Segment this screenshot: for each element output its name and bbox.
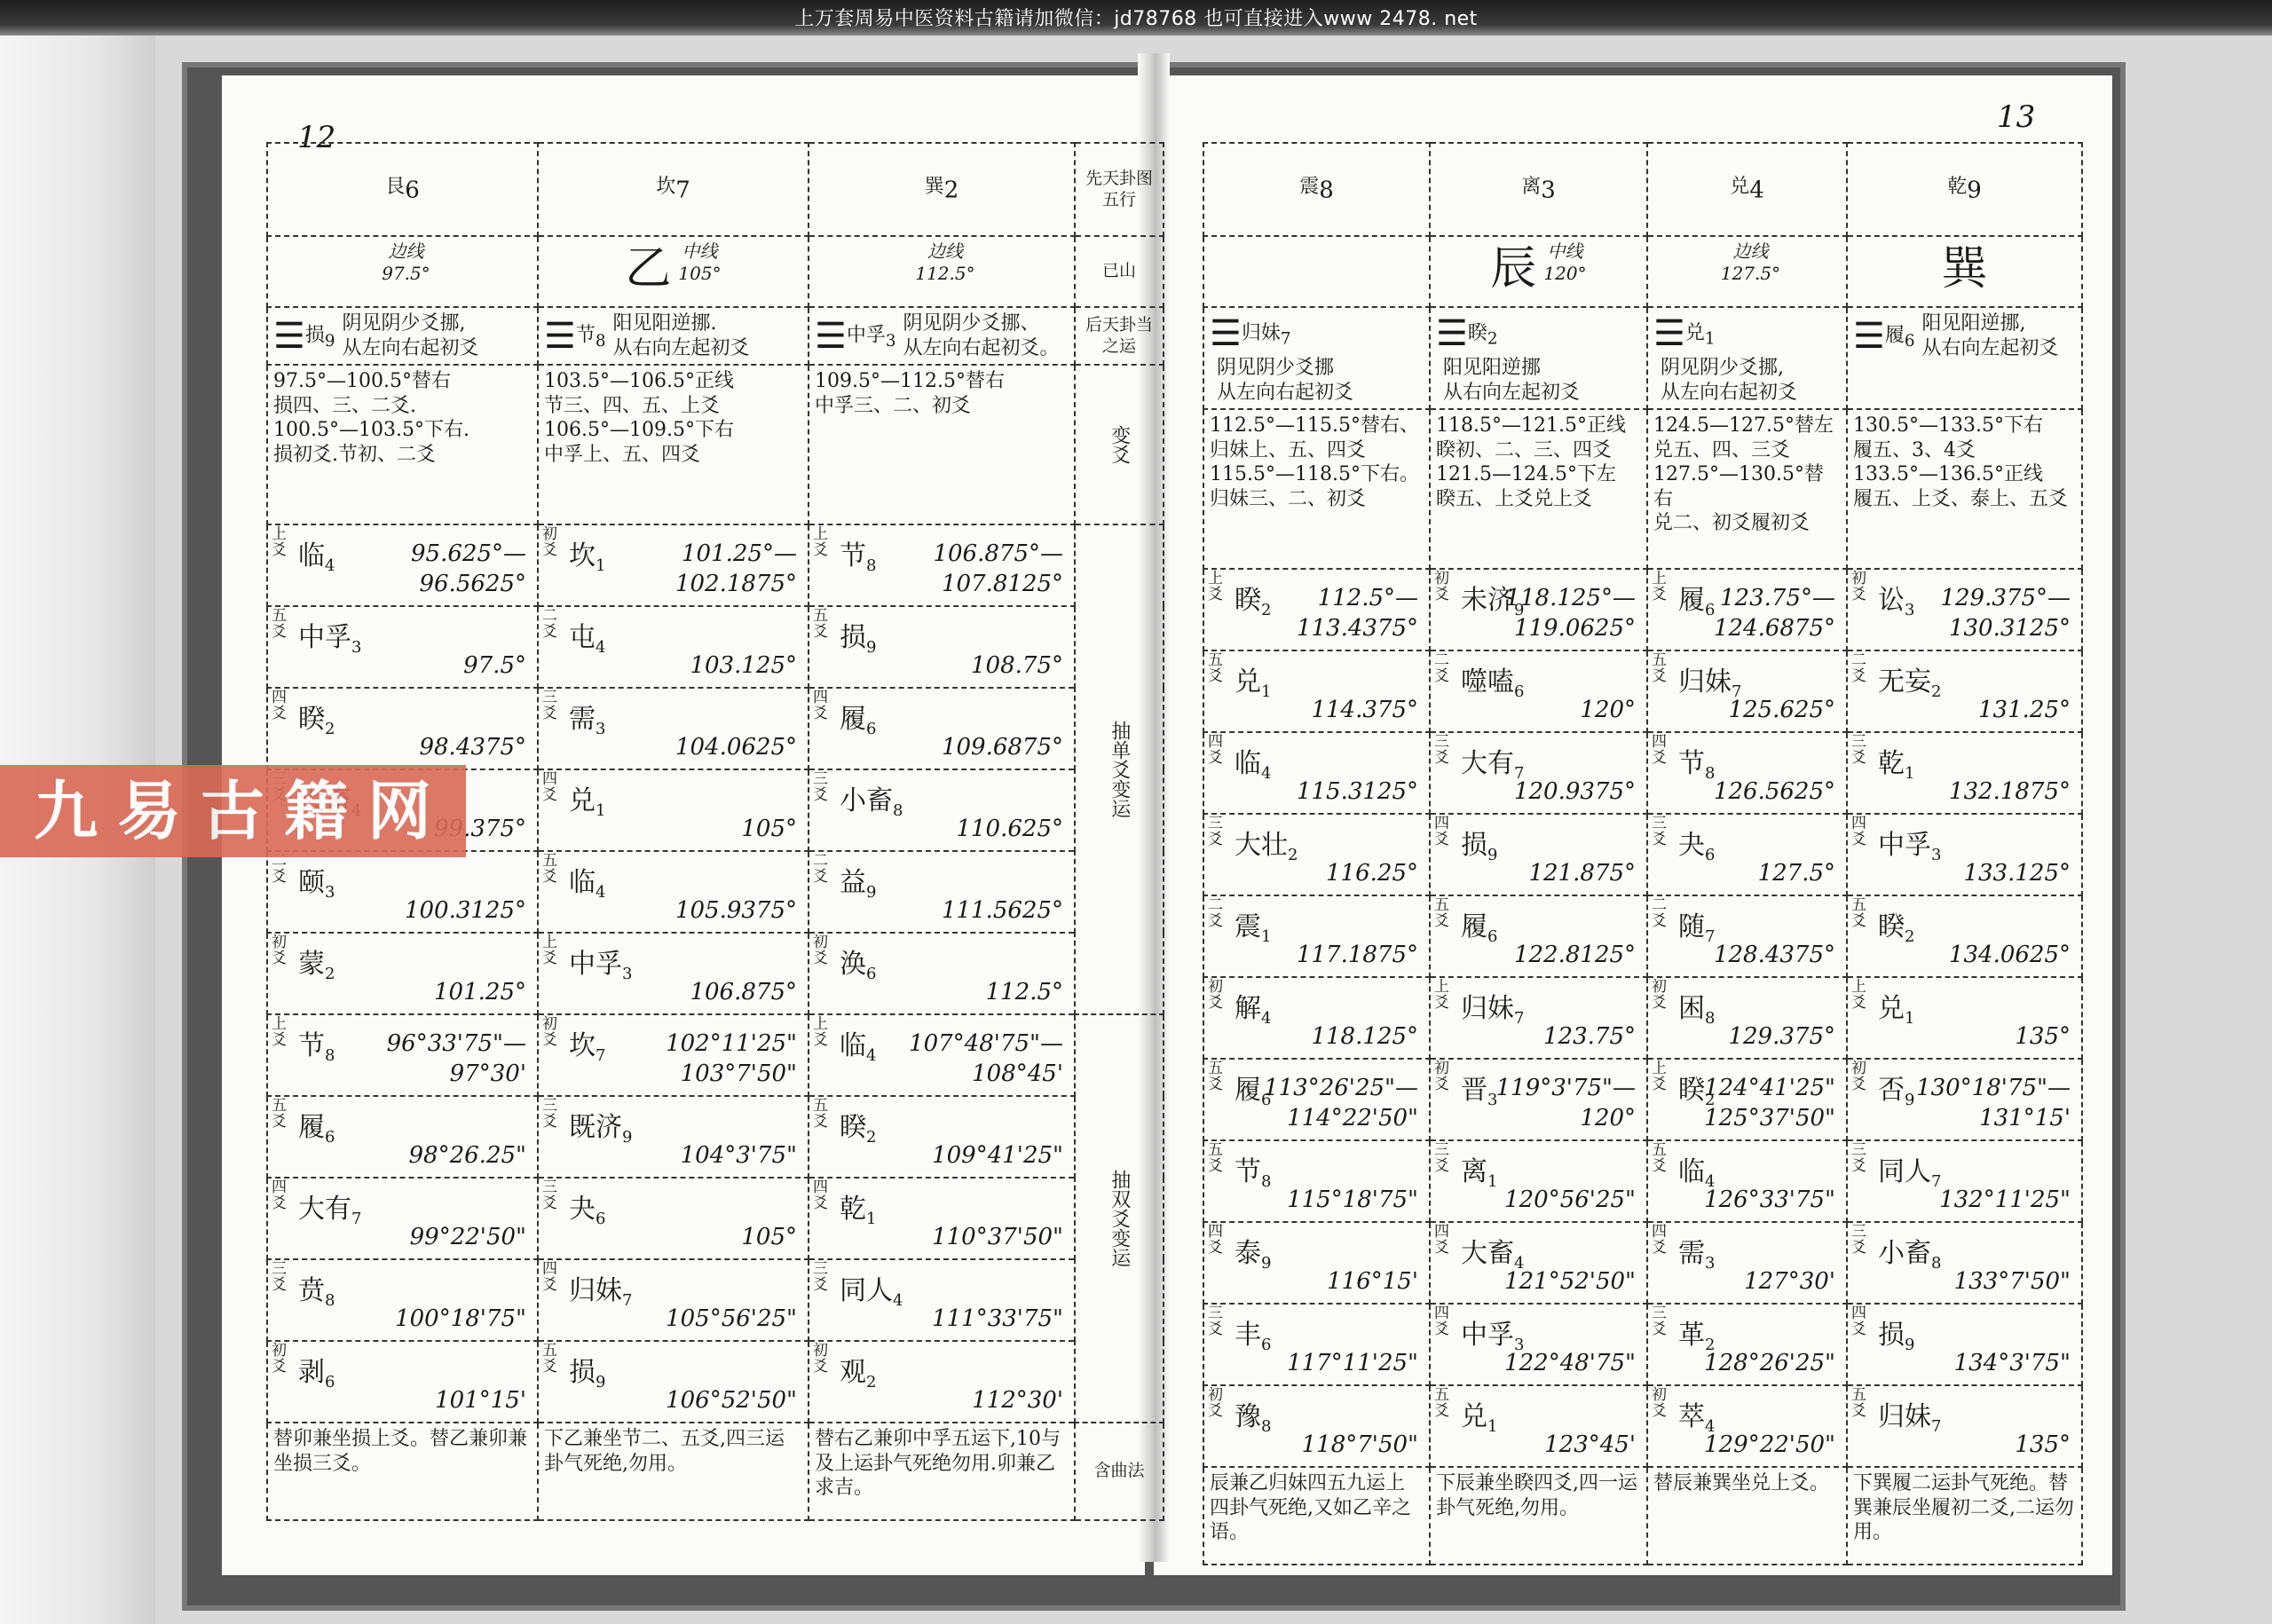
- hexagram-number: 2: [1261, 601, 1271, 619]
- hexagram-entry: 五爻兑1123°45': [1430, 1385, 1647, 1467]
- yao-position: 五爻: [1434, 898, 1459, 930]
- degree-value: 129.375°: [1728, 1022, 1835, 1052]
- hexagram-entry: 四爻损9121.875°: [1430, 814, 1647, 895]
- yao-position: 初爻: [1434, 572, 1459, 603]
- rule-line-2: 从左向右起初爻: [1661, 381, 1797, 406]
- degree-range-cell: 112.5°—115.5°替右、归妹上、五、四爻115.5°—118.5°下右。…: [1203, 409, 1430, 569]
- hexagram-number: 9: [1905, 1336, 1914, 1354]
- hexagram-name: 损: [1878, 1320, 1905, 1351]
- yao-position: 上爻: [542, 935, 567, 967]
- hexagram-name: 大有: [298, 1194, 351, 1225]
- yao-position: 初爻: [1652, 1388, 1676, 1420]
- line-type: 边线: [382, 240, 430, 263]
- hexagram-number: 4: [596, 638, 605, 657]
- range-line: 兑二、初爻履初爻: [1653, 511, 1841, 536]
- hexagram-label: 大有7: [298, 1193, 361, 1230]
- degree-line: 105°: [741, 1223, 797, 1252]
- degree-line: 106.875°: [690, 978, 797, 1007]
- degree-line: 123.75°—: [1714, 584, 1835, 614]
- usage-note: 下乙兼坐节二、五爻,四三运卦气死绝,勿用。: [538, 1423, 809, 1520]
- degree-range-cell: 103.5°—106.5°正线节三、四、五、上爻106.5°—109.5°下右中…: [538, 365, 809, 524]
- degree-value: 117°11'25": [1287, 1349, 1418, 1378]
- hexagram-entry: 上爻履6123.75°—124.6875°: [1647, 569, 1847, 650]
- yao-position: 四爻: [542, 1262, 567, 1294]
- yao-position: 五爻: [813, 1099, 838, 1131]
- hexagram-label: 夬6: [569, 1193, 605, 1230]
- watermark-logo: 九易古籍网: [0, 765, 466, 857]
- yao-position: 三爻: [542, 690, 567, 722]
- hexagram-name: 豫: [1235, 1401, 1261, 1432]
- degree-line: 131°15': [1916, 1104, 2071, 1134]
- degree-value: 106.875°: [690, 978, 797, 1007]
- yao-position: 四爻: [1208, 735, 1233, 767]
- degree-line: 105.9375°: [675, 896, 797, 926]
- degree-line: 126°33'75": [1704, 1186, 1835, 1215]
- range-line: 106.5°—109.5°下右: [544, 418, 802, 443]
- yao-position: 上爻: [1208, 572, 1233, 603]
- hexagram-number: 8: [325, 1046, 335, 1065]
- hexagram-label: 履6: [1461, 911, 1497, 948]
- trigram-header: 坎7: [538, 143, 809, 236]
- hexagram-entry: 三爻大有7120.9375°: [1430, 732, 1647, 814]
- hexagram-entry: 上爻临4107°48'75"—108°45': [809, 1014, 1075, 1096]
- hexagram-label: 小畜8: [840, 784, 903, 822]
- degree-value: 109.6875°: [942, 733, 1063, 762]
- hexagram-name: 履: [840, 704, 866, 735]
- hexagram-number: 3: [1931, 846, 1941, 864]
- hexagram-entry: 三爻夬6105°: [538, 1178, 809, 1259]
- degree-line: 127°30': [1744, 1267, 1835, 1297]
- degree-value: 132.1875°: [1949, 777, 2071, 807]
- hexagram-number: 9: [325, 332, 335, 351]
- hexagram-name: 既济: [569, 1112, 622, 1143]
- yao-position: 初爻: [813, 935, 838, 967]
- rule-line-2: 从右向左起初爻: [613, 336, 750, 361]
- hexagram-rule: 阴见阴少爻挪从左向右起初爻: [1217, 356, 1353, 405]
- hexagram-name: 临: [840, 1030, 866, 1061]
- hexagram-number: 9: [1905, 1091, 1914, 1109]
- range-line: 103.5°—106.5°正线: [544, 369, 802, 394]
- hexagram-entry: 四爻乾1110°37'50": [809, 1178, 1075, 1259]
- hexagram-number: 3: [1905, 601, 1914, 619]
- yao-position: 五爻: [1208, 653, 1233, 685]
- degree-value: 107°48'75"—108°45': [909, 1029, 1063, 1090]
- hexagram-name: 震: [1235, 911, 1261, 942]
- degree-value: 123.75°—124.6875°: [1714, 584, 1835, 644]
- hexagram-name: 临: [1235, 748, 1261, 779]
- entry-row: 四爻泰9116°15'四爻大畜4121°52'50"四爻需3127°30'三爻小…: [1203, 1222, 2082, 1304]
- hexagram-label: 夬6: [1678, 829, 1715, 866]
- degree-line: 119°3'75"—: [1496, 1074, 1636, 1104]
- degree-line: 116.25°: [1326, 859, 1418, 888]
- degree-value: 117.1875°: [1297, 941, 1418, 970]
- hexagram-name: 噬嗑: [1461, 666, 1514, 698]
- hexagram-name: 履: [298, 1112, 325, 1143]
- hexagram-number: 4: [325, 556, 335, 575]
- hexagram-label: 履6: [840, 703, 876, 740]
- degree-value: 126.5625°: [1714, 777, 1835, 807]
- hexagram-label: 乾1: [840, 1193, 876, 1230]
- degree-value: 127.5°: [1758, 859, 1835, 888]
- hexagram-label: 豫8: [1235, 1400, 1271, 1438]
- hexagram-entry: 初爻涣6112.5°: [809, 933, 1075, 1014]
- hexagram-name: 坎: [569, 1030, 596, 1061]
- degree-line: 131.25°: [1978, 696, 2071, 725]
- hexagram-entry: 初爻讼3129.375°—130.3125°: [1847, 569, 2082, 650]
- hexagram-label: 同人7: [1878, 1155, 1941, 1193]
- rule-line-1: 阳见阳逆挪: [1443, 356, 1580, 381]
- hexagram-number: 3: [886, 332, 896, 351]
- hexagram-number: 6: [1705, 846, 1715, 864]
- degree-value: 109°41'25": [932, 1141, 1063, 1171]
- hexagram-name: 困: [1678, 993, 1705, 1024]
- hexagram-number: 7: [1931, 1417, 1941, 1436]
- degree-line: 114°22'50": [1264, 1104, 1418, 1134]
- mountain-char: 辰: [1490, 242, 1536, 296]
- hexagram-number: 2: [866, 1128, 876, 1147]
- line-label-cell: 乙中线105°: [538, 236, 809, 307]
- yao-position: 四爻: [1851, 816, 1876, 848]
- hexagram-header: ☰中孚3阴见阴少爻挪、从左向右起初爻。: [809, 307, 1075, 365]
- hexagram-entry: 上爻睽2112.5°—113.4375°: [1203, 569, 1430, 650]
- hexagram-entry: 初爻坎7102°11'25"103°7'50": [538, 1014, 809, 1096]
- right-degree-table: 震8离3兑4乾9辰中线120°边线127.5°巽☰归妹7阴见阴少爻挪从左向右起初…: [1203, 142, 2083, 1565]
- line-tag: 中线120°: [1543, 240, 1586, 285]
- hexagram-name: 睽: [840, 1112, 866, 1143]
- hexagram-header: ☰节8阳见阳逆挪.从右向左起初爻: [538, 307, 809, 365]
- hexagram-entry: 初爻观2112°30': [809, 1341, 1075, 1423]
- trigram-name: 巽: [925, 176, 944, 198]
- hexagram-name: 临: [1678, 1156, 1705, 1187]
- degree-line: 102°11'25": [666, 1029, 797, 1060]
- degree-value: 120°: [1580, 696, 1636, 725]
- degree-value: 134.0625°: [1949, 941, 2071, 970]
- yao-position: 三爻: [813, 1262, 838, 1294]
- hexagram-name: 大壮: [1235, 830, 1288, 861]
- range-line: 97.5°—100.5°替右: [273, 369, 532, 394]
- hexagram-header-row: ☰归妹7阴见阴少爻挪从左向右起初爻☰睽2阳见阳逆挪从右向左起初爻☰兑1阴见阴少爻…: [1203, 307, 2082, 409]
- hexagram-rule: 阴见阴少爻挪,从左向右起初爻: [343, 311, 479, 360]
- hexagram-label: 剥6: [298, 1356, 335, 1393]
- degree-line: 119.0625°: [1505, 614, 1636, 644]
- degree-value: 118.125°: [1311, 1022, 1418, 1052]
- degree-line: 128.4375°: [1714, 941, 1835, 970]
- degree-line: 101.25°: [434, 978, 526, 1007]
- hexagram-name: 归妹: [1878, 1401, 1931, 1432]
- hexagram-number: 3: [1705, 1254, 1715, 1273]
- hexagram-name: 中孚: [569, 949, 622, 980]
- degree-value: 103.125°: [690, 651, 797, 681]
- trigram-number: 7: [675, 177, 690, 203]
- hexagram-label: 节8: [298, 1029, 335, 1067]
- range-line: 109.5°—112.5°替右: [815, 369, 1069, 394]
- degree-line: 125.625°: [1728, 696, 1835, 725]
- yao-position: 初爻: [1208, 1388, 1233, 1420]
- hexagram-header: ☰归妹7阴见阴少爻挪从左向右起初爻: [1203, 307, 1430, 409]
- range-line: 损初爻.节初、二爻: [273, 443, 532, 468]
- hexagram-rule: 阴见阴少爻挪、从左向右起初爻。: [903, 311, 1060, 360]
- range-line: 损四、三、二爻.: [273, 394, 532, 419]
- hexagram-label: 益9: [840, 866, 876, 903]
- trigram-name: 乾: [1947, 176, 1967, 198]
- hexagram-number: 3: [596, 720, 605, 738]
- hexagram-entry: 二爻屯4103.125°: [538, 606, 809, 688]
- entry-row: 五爻兑1114.375°二爻噬嗑6120°五爻归妹7125.625°二爻无妄21…: [1203, 650, 2082, 732]
- usage-note: 辰兼乙归妹四五九运上四卦气死绝,又如乙辛之语。: [1203, 1467, 1430, 1565]
- hexagram-entry: 五爻临4105.9375°: [538, 851, 809, 933]
- trigram-number: 9: [1967, 177, 1982, 203]
- hexagram-name: 讼: [1878, 585, 1905, 616]
- hexagram-number: 4: [893, 1291, 903, 1310]
- yao-position: 四爻: [813, 1180, 838, 1212]
- hexagram-label: 同人4: [840, 1274, 903, 1312]
- degree-line: 96°33'75"—: [387, 1029, 526, 1060]
- line-tag: 边线97.5°: [382, 240, 430, 285]
- degree-line: 120.9375°: [1514, 777, 1636, 807]
- degree-line: 98.4375°: [419, 733, 526, 762]
- yao-position: 五爻: [542, 854, 567, 886]
- hexagram-name: 兑: [1461, 1401, 1487, 1432]
- range-line: 归妹上、五、四爻: [1210, 438, 1424, 463]
- hexagram-name: 睽: [1235, 585, 1261, 616]
- hexagram-entry: 初爻豫8118°7'50": [1203, 1385, 1430, 1467]
- entry-row: 初爻解4118.125°上爻归妹7123.75°初爻困8129.375°上爻兑1…: [1203, 977, 2082, 1059]
- degree-value: 102°11'25"103°7'50": [666, 1029, 797, 1090]
- hexagram-name: 随: [1678, 911, 1705, 942]
- degree-value: 97.5°: [463, 651, 526, 681]
- range-line: 133.5°—136.5°正线: [1853, 462, 2076, 487]
- degree-value: 110°37'50": [932, 1223, 1063, 1252]
- hexagram-number: 3: [325, 883, 335, 902]
- hexagram-name: 小畜: [840, 785, 893, 816]
- entry-row: 四爻睽298.4375°三爻需3104.0625°四爻履6109.6875°: [267, 688, 1164, 769]
- degree-line: 121°52'50": [1504, 1267, 1636, 1297]
- hexagram-entry: 五爻中孚397.5°: [267, 606, 538, 688]
- rule-line-1: 阴见阴少爻挪: [1217, 356, 1353, 381]
- degree-value: 116°15': [1327, 1267, 1418, 1297]
- yao-position: 五爻: [1652, 1143, 1676, 1175]
- hexagram-name: 履: [1885, 325, 1905, 347]
- yao-position: 上爻: [272, 527, 296, 559]
- hexagram-number: 1: [1905, 1009, 1914, 1028]
- line-type: 边线: [915, 240, 974, 263]
- hexagram-name: 大有: [1461, 748, 1514, 779]
- degree-line: 97.5°: [463, 651, 526, 681]
- yao-position: 初爻: [1208, 980, 1233, 1012]
- hexagram-entry: 三爻需3104.0625°: [538, 688, 809, 769]
- line-label-row: 边线97.5°乙中线105°边线112.5°已山: [267, 236, 1164, 307]
- hexagram-label: 节8: [1235, 1155, 1271, 1193]
- degree-value: 115°18'75": [1287, 1186, 1418, 1215]
- degree-value: 95.625°—96.5625°: [411, 540, 526, 600]
- degree-range-cell: 118.5°—121.5°正线睽初、二、三、四爻121.5—124.5°下左睽五…: [1430, 409, 1647, 569]
- degree-line: 105°56'25": [666, 1305, 797, 1334]
- hexagram-header: ☰兑1阴见阴少爻挪,从左向右起初爻: [1647, 307, 1847, 409]
- yao-position: 四爻: [1434, 1225, 1459, 1257]
- hexagram-number: 9: [1487, 846, 1497, 864]
- hexagram-label: 兑1: [1878, 992, 1914, 1029]
- degree-line: 109°41'25": [932, 1141, 1063, 1171]
- range-line: 112.5°—115.5°替右、: [1210, 414, 1424, 438]
- degree-value: 123°45': [1544, 1431, 1636, 1460]
- hexagram-name: 归妹: [1242, 322, 1281, 344]
- degree-value: 104°3'75": [681, 1141, 797, 1171]
- yao-position: 初爻: [1851, 572, 1876, 603]
- mountain-char: 巽: [1941, 242, 1987, 296]
- side-section-single-yao: 抽单爻变运: [1075, 524, 1164, 1014]
- hexagram-name: 泰: [1235, 1238, 1261, 1269]
- degree-value: 101.25°: [434, 978, 526, 1007]
- degree-line: 130°18'75"—: [1916, 1074, 2071, 1104]
- hexagram-entry: 三爻小畜8133°7'50": [1847, 1222, 2082, 1304]
- degree-value: 120°56'25": [1504, 1186, 1636, 1215]
- hexagram-label: 坎7: [569, 1029, 605, 1067]
- degree-line: 110.625°: [956, 815, 1063, 844]
- degree-line: 123°45': [1544, 1431, 1636, 1460]
- hexagram-label: 既济9: [569, 1111, 632, 1148]
- trigram-name: 震: [1299, 176, 1319, 198]
- line-label-cell: 巽: [1847, 236, 2082, 307]
- hexagram-lines-icon: ☰: [1853, 316, 1880, 357]
- yao-position: 四爻: [813, 690, 838, 722]
- degree-value: 122°48'75": [1504, 1349, 1636, 1378]
- hexagram-label: 中孚3: [569, 948, 632, 985]
- hexagram-number: 1: [596, 556, 605, 575]
- degree-line: 135°: [2015, 1431, 2071, 1460]
- hexagram-number: 8: [1705, 1009, 1715, 1028]
- hexagram-name: 损: [569, 1357, 596, 1388]
- degree-value: 105.9375°: [675, 896, 797, 926]
- hexagram-label: 屯4: [569, 621, 605, 658]
- yao-position: 五爻: [1652, 653, 1676, 685]
- degree-line: 113.4375°: [1297, 614, 1418, 644]
- hexagram-entry: 上爻睽2124°41'25"125°37'50": [1647, 1059, 1847, 1140]
- hexagram-entry: 初爻解4118.125°: [1203, 977, 1430, 1059]
- line-tag: 边线112.5°: [915, 240, 974, 285]
- trigram-header: 乾9: [1847, 143, 2082, 236]
- entry-row: 四爻临4115.3125°三爻大有7120.9375°四爻节8126.5625°…: [1203, 732, 2082, 814]
- degree-value: 105°: [741, 815, 797, 844]
- degree-line: 115°18'75": [1287, 1186, 1418, 1215]
- degree-line: 116°15': [1327, 1267, 1418, 1297]
- hexagram-number: 6: [325, 1128, 335, 1147]
- rule-line-2: 从右向左起初爻: [1922, 336, 2059, 361]
- hexagram-name: 损: [1461, 830, 1487, 861]
- hexagram-name: 中孚: [1878, 830, 1931, 861]
- hexagram-label: 临4: [298, 540, 335, 577]
- range-line: 115.5°—118.5°下右。: [1210, 462, 1424, 487]
- hexagram-rule: 阳见阳逆挪从右向左起初爻: [1443, 356, 1580, 405]
- degree-line: 108°45': [909, 1060, 1063, 1090]
- hexagram-label: 离1: [1461, 1155, 1497, 1193]
- degree-line: 122.8125°: [1514, 941, 1636, 970]
- hexagram-number: 6: [596, 1210, 605, 1228]
- hexagram-label: 贲8: [298, 1274, 335, 1312]
- degree-value: 105°56'25": [666, 1305, 797, 1334]
- hexagram-name: 同人: [840, 1275, 893, 1306]
- degree-range-cell: 109.5°—112.5°替右中孚三、二、初爻: [809, 365, 1075, 524]
- hexagram-number: 1: [1705, 329, 1716, 348]
- hexagram-number: 6: [1905, 332, 1915, 351]
- degree-value: 96°33'75"—97°30': [387, 1029, 526, 1090]
- yao-position: 三爻: [542, 1099, 567, 1131]
- hexagram-number: 8: [1261, 1172, 1271, 1191]
- hexagram-label: 兑1: [1235, 666, 1271, 703]
- entry-row: 初爻豫8118°7'50"五爻兑1123°45'初爻萃4129°22'50"五爻…: [1203, 1385, 2082, 1467]
- hexagram-name: 睽: [1678, 1075, 1705, 1106]
- degree-line: 132.1875°: [1949, 777, 2071, 807]
- trigram-name: 兑: [1730, 176, 1749, 198]
- hexagram-name: 归妹: [1678, 666, 1732, 698]
- rule-line-1: 阴见阴少爻挪,: [1661, 356, 1797, 381]
- yao-position: 上爻: [813, 1017, 838, 1049]
- yao-position: 五爻: [1851, 1388, 1876, 1420]
- hexagram-name: 睽: [1878, 911, 1905, 942]
- hexagram-name: 需: [569, 704, 596, 735]
- range-line: 中孚上、五、四爻: [544, 443, 802, 468]
- hexagram-entry: 三爻既济9104°3'75": [538, 1096, 809, 1178]
- degree-line: 124.6875°: [1714, 614, 1835, 644]
- yao-position: 三爻: [1208, 816, 1233, 848]
- hexagram-entry: 四爻需3127°30': [1647, 1222, 1847, 1304]
- yao-position: 五爻: [542, 1344, 567, 1376]
- hexagram-name: 节: [1678, 748, 1705, 779]
- hexagram-name: 兑: [569, 785, 596, 816]
- hexagram-number: 1: [1905, 764, 1914, 783]
- range-line: 履五、上爻、泰上、五爻: [1853, 487, 2076, 512]
- yao-position: 五爻: [272, 1099, 296, 1131]
- hexagram-header: ☰睽2阳见阳逆挪从右向左起初爻: [1430, 307, 1647, 409]
- yao-position: 二爻: [1434, 653, 1459, 685]
- hexagram-number: 4: [1261, 1009, 1271, 1028]
- hexagram-entry: 初爻坎1101.25°—102.1875°: [538, 524, 809, 606]
- range-line: 归妹三、二、初爻: [1210, 487, 1424, 512]
- line-label-row: 辰中线120°边线127.5°巽: [1203, 236, 2082, 307]
- hexagram-name: 中孚: [298, 622, 351, 653]
- entry-row: 二爻震1117.1875°五爻履6122.8125°二爻随7128.4375°五…: [1203, 895, 2082, 977]
- degree-line: 114.375°: [1311, 696, 1418, 725]
- degree-line: 95.625°—: [411, 540, 526, 570]
- yao-position: 四爻: [542, 772, 567, 804]
- hexagram-entry: 二爻无妄2131.25°: [1847, 650, 2082, 732]
- hexagram-entry: 五爻履698°26.25": [267, 1096, 538, 1178]
- degree-line: 103°7'50": [666, 1060, 797, 1090]
- hexagram-label: 涣6: [840, 948, 876, 985]
- hexagram-label: 泰9: [1235, 1237, 1271, 1274]
- trigram-header-row: 震8离3兑4乾9: [1203, 143, 2082, 236]
- hexagram-name: 乾: [1878, 748, 1905, 779]
- trigram-number: 8: [1319, 177, 1334, 203]
- degree-line: 104°3'75": [681, 1141, 797, 1171]
- degree-line: 102.1875°: [675, 570, 797, 600]
- hexagram-number: 2: [1288, 846, 1298, 864]
- hexagram-number: 1: [1487, 1417, 1497, 1436]
- hexagram-entry: 五爻损9106°52'50": [538, 1341, 809, 1423]
- line-label-cell: [1203, 236, 1430, 307]
- line-label-cell: 边线112.5°: [809, 236, 1075, 307]
- hexagram-entry: 五爻归妹7125.625°: [1647, 650, 1847, 732]
- hexagram-label: 解4: [1235, 992, 1271, 1029]
- hexagram-label: 小畜8: [1878, 1237, 1941, 1274]
- hexagram-label: 观2: [840, 1356, 876, 1393]
- hexagram-name: 节: [1235, 1156, 1261, 1187]
- line-type: 中线: [678, 240, 721, 263]
- hexagram-name: 屯: [569, 622, 596, 653]
- notes-row: 替卯兼坐损上爻。替乙兼卯兼坐损三爻。下乙兼坐节二、五爻,四三运卦气死绝,勿用。替…: [267, 1423, 1164, 1520]
- entry-row: 初爻剥6101°15'五爻损9106°52'50"初爻观2112°30': [267, 1341, 1164, 1423]
- degree-line: 96.5625°: [411, 570, 526, 600]
- hexagram-name: 颐: [298, 867, 325, 898]
